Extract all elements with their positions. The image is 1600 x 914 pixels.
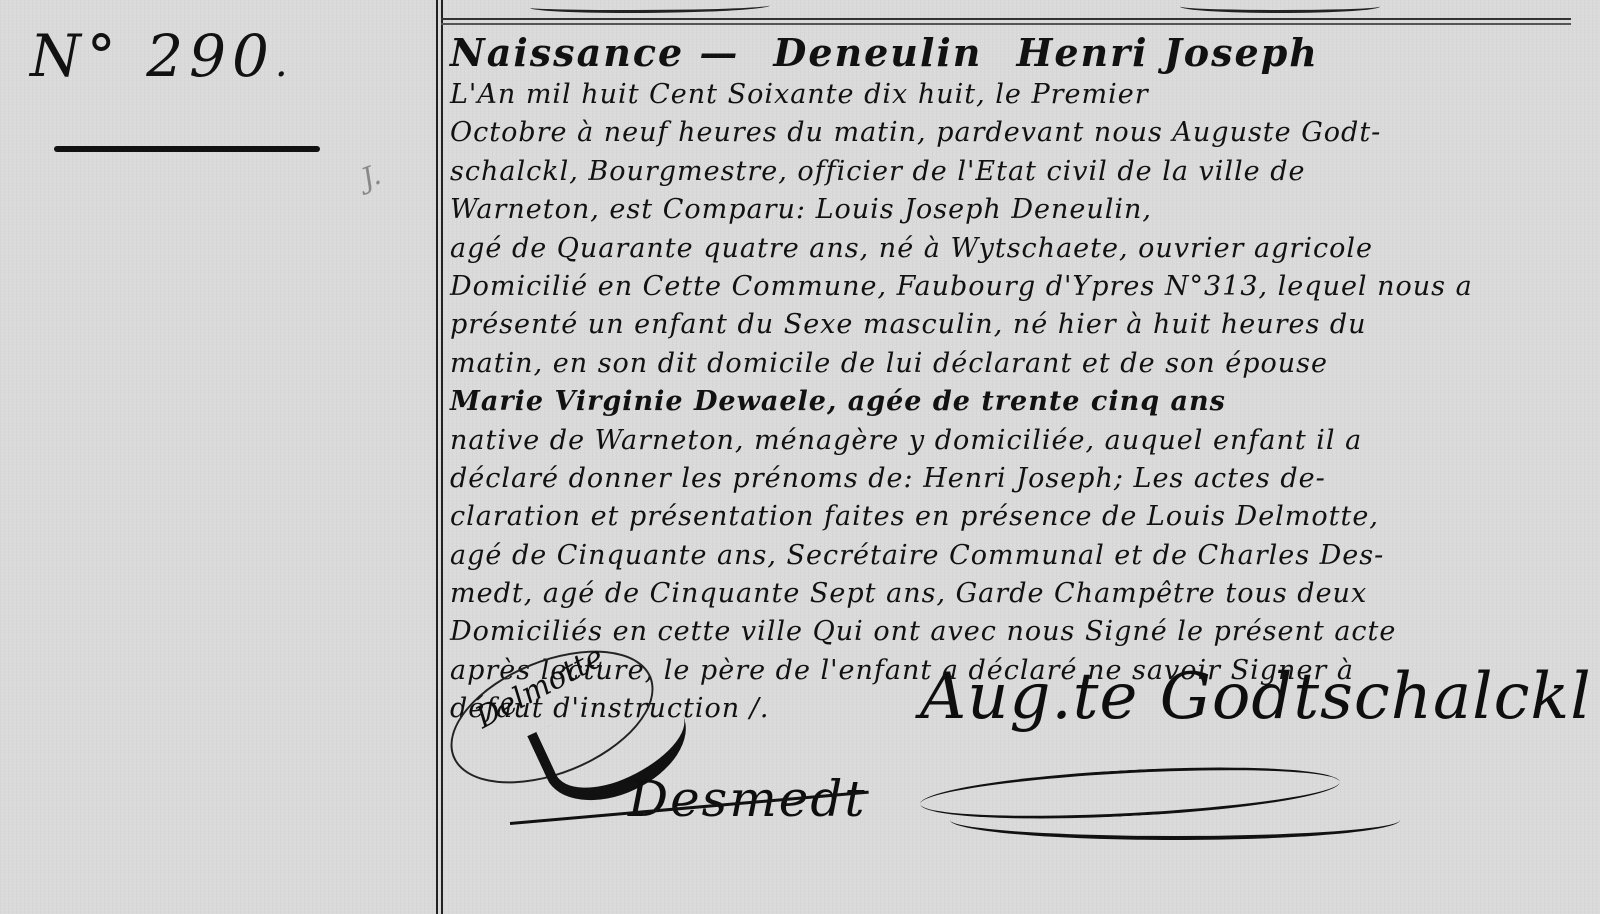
act-line: déclaré donner les prénoms de: Henri Jos…	[450, 460, 1580, 498]
column-rule	[441, 0, 443, 914]
act-line: agé de Quarante quatre ans, né à Wytscha…	[450, 230, 1580, 268]
entry-number-prefix: N°	[30, 22, 122, 90]
signature-officer: Aug.te Godtschalckl	[920, 660, 1592, 734]
act-line: présenté un enfant du Sexe masculin, né …	[450, 306, 1580, 344]
act-title-type: Naissance —	[450, 30, 739, 75]
act-title: Naissance —DeneulinHenri Joseph	[450, 30, 1580, 76]
act-line: Octobre à neuf heures du matin, pardevan…	[450, 114, 1580, 152]
margin-column: N° 290. J.	[0, 0, 436, 914]
register-page: N° 290. J. Naissance —DeneulinHenri Jose…	[0, 0, 1600, 914]
entry-number-value: 290	[146, 22, 275, 90]
act-line: medt, agé de Cinquante Sept ans, Garde C…	[450, 575, 1580, 613]
act-line: agé de Cinquante ans, Secrétaire Communa…	[450, 537, 1580, 575]
birth-act: Naissance —DeneulinHenri Joseph L'An mil…	[450, 30, 1580, 729]
act-line: native de Warneton, ménagère y domicilié…	[450, 422, 1580, 460]
act-title-surname: Deneulin	[773, 30, 982, 75]
act-line: claration et présentation faites en prés…	[450, 498, 1580, 536]
act-line: matin, en son dit domicile de lui déclar…	[450, 345, 1580, 383]
previous-entry-flourish	[530, 0, 770, 13]
column-rule	[436, 0, 438, 914]
act-line: L'An mil huit Cent Soixante dix huit, le…	[450, 76, 1580, 114]
act-line: Domiciliés en cette ville Qui ont avec n…	[450, 613, 1580, 651]
signature-flourish	[950, 800, 1400, 840]
signature-desmedt: Desmedt	[628, 770, 866, 828]
margin-annotation: J.	[357, 158, 385, 195]
act-line: Warneton, est Comparu: Louis Joseph Dene…	[450, 191, 1580, 229]
entry-number-suffix: .	[275, 40, 294, 86]
act-line: Marie Virginie Dewaele, agée de trente c…	[450, 383, 1580, 421]
entry-number: N° 290.	[30, 22, 294, 90]
previous-entry-flourish	[1180, 0, 1380, 13]
act-line: schalckl, Bourgmestre, officier de l'Eta…	[450, 153, 1580, 191]
act-title-given-names: Henri Joseph	[1016, 30, 1319, 75]
entry-number-underline	[54, 146, 320, 152]
top-rule	[441, 23, 1571, 25]
top-rule	[441, 18, 1571, 20]
act-line: Domicilié en Cette Commune, Faubourg d'Y…	[450, 268, 1580, 306]
